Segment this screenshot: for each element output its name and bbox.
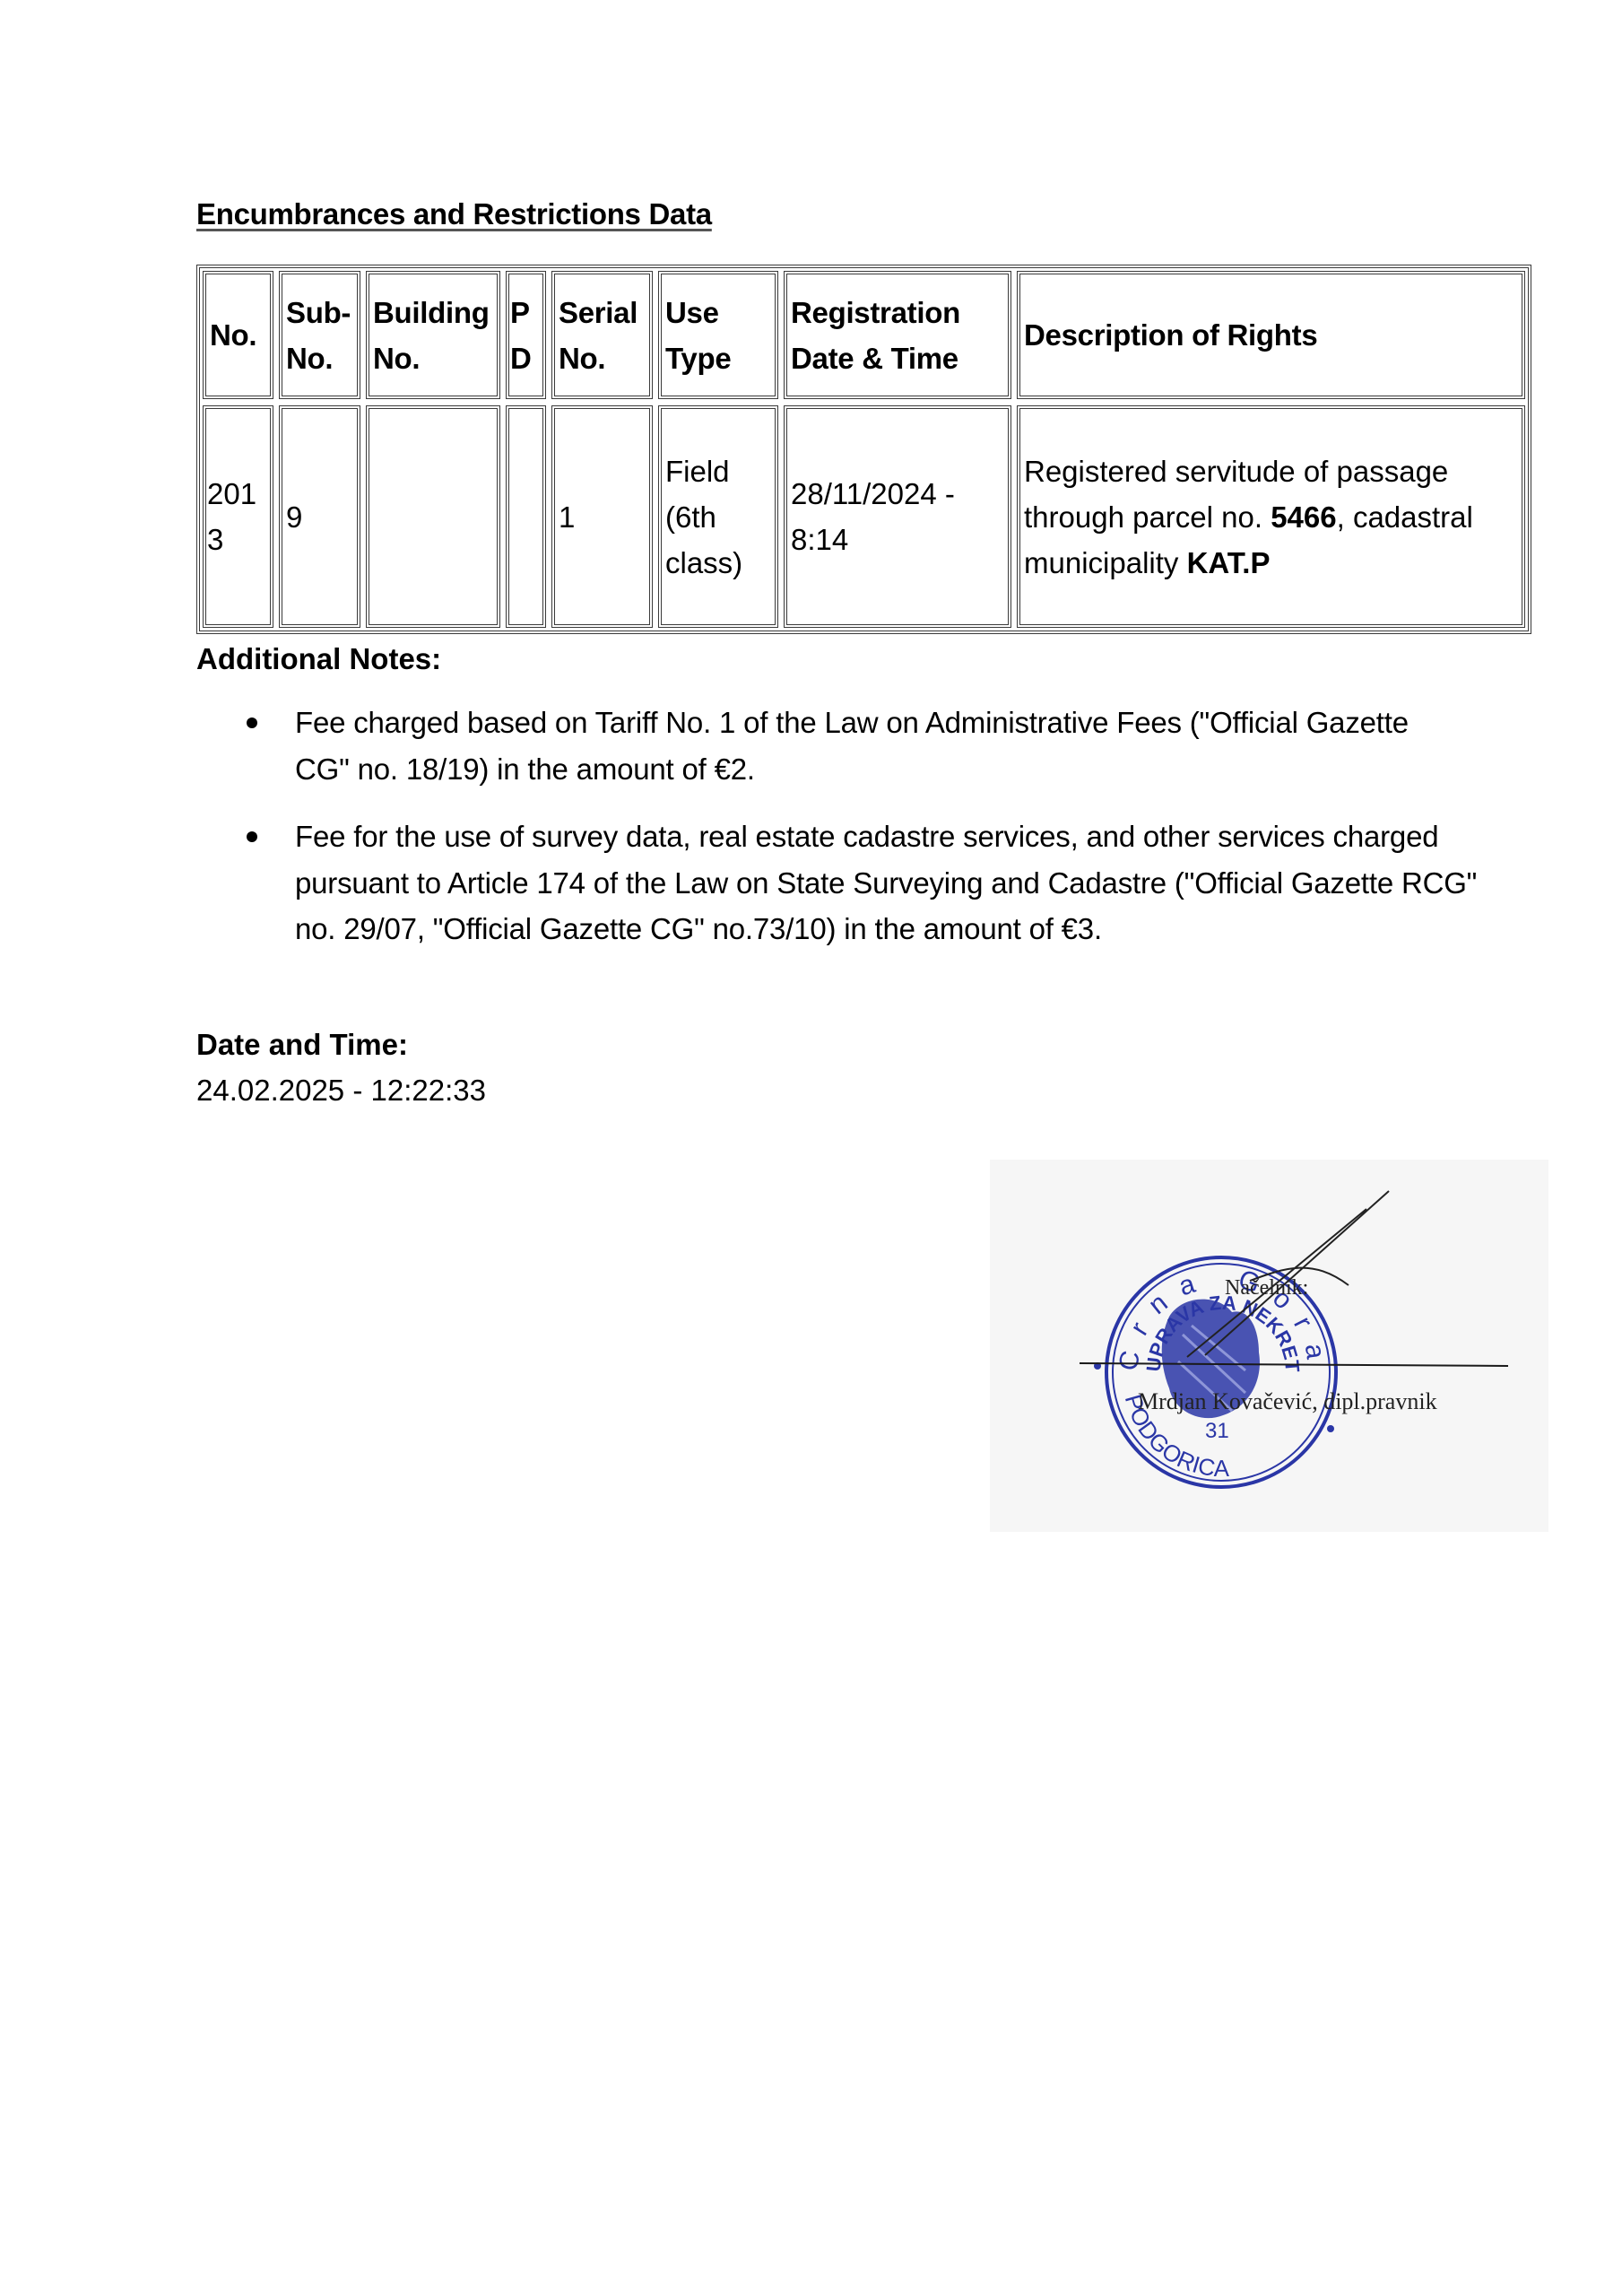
cell-serial-no: 1 [551,405,653,628]
bullet-icon [247,831,257,842]
cell-building-no [366,405,500,628]
encumbrances-table: No. Sub-No. BuildingNo. PD SerialNo. Use… [196,265,1531,634]
table-row: 2013 9 1 Field(6thclass) 28/11/2024 -8:1… [203,405,1525,628]
cell-sub-no: 9 [279,405,360,628]
header-description: Description of Rights [1017,271,1525,399]
header-pd: PD [506,271,546,399]
cell-no: 2013 [203,405,273,628]
cell-use-type: Field(6thclass) [658,405,778,628]
table-header-row: No. Sub-No. BuildingNo. PD SerialNo. Use… [203,271,1525,399]
notes-list: Fee charged based on Tariff No. 1 of the… [196,700,1452,974]
cell-pd [506,405,546,628]
svg-text:31: 31 [1205,1419,1229,1443]
header-sub-no: Sub-No. [279,271,360,399]
note-item: Fee for the use of survey data, real est… [196,813,1496,952]
notes-heading: Additional Notes: [196,637,441,682]
svg-text:Načelnik:: Načelnik: [1225,1276,1308,1300]
signature-stamp-image: Crna Gora UPRAVA ZA NEKRETNINE PODGORICA… [990,1160,1548,1532]
svg-text:Mrdjan Kovačević, dipl.pravnik: Mrdjan Kovačević, dipl.pravnik [1138,1388,1437,1414]
cell-description: Registered servitude of passage through … [1017,405,1525,628]
date-time-label: Date and Time: [196,1022,408,1067]
header-no: No. [203,271,273,399]
municipality: KAT.P [1187,546,1271,579]
header-serial-no: SerialNo. [551,271,653,399]
date-time-value: 24.02.2025 - 12:22:33 [196,1068,486,1113]
note-item: Fee charged based on Tariff No. 1 of the… [196,700,1452,792]
official-seal-icon: Crna Gora UPRAVA ZA NEKRETNINE PODGORICA… [990,1160,1548,1532]
header-use-type: UseType [658,271,778,399]
header-registration-date: RegistrationDate & Time [784,271,1011,399]
section-title: Encumbrances and Restrictions Data [196,197,712,231]
cell-registration-date: 28/11/2024 -8:14 [784,405,1011,628]
header-building-no: BuildingNo. [366,271,500,399]
bullet-icon [247,717,257,728]
parcel-number: 5466 [1271,500,1336,534]
